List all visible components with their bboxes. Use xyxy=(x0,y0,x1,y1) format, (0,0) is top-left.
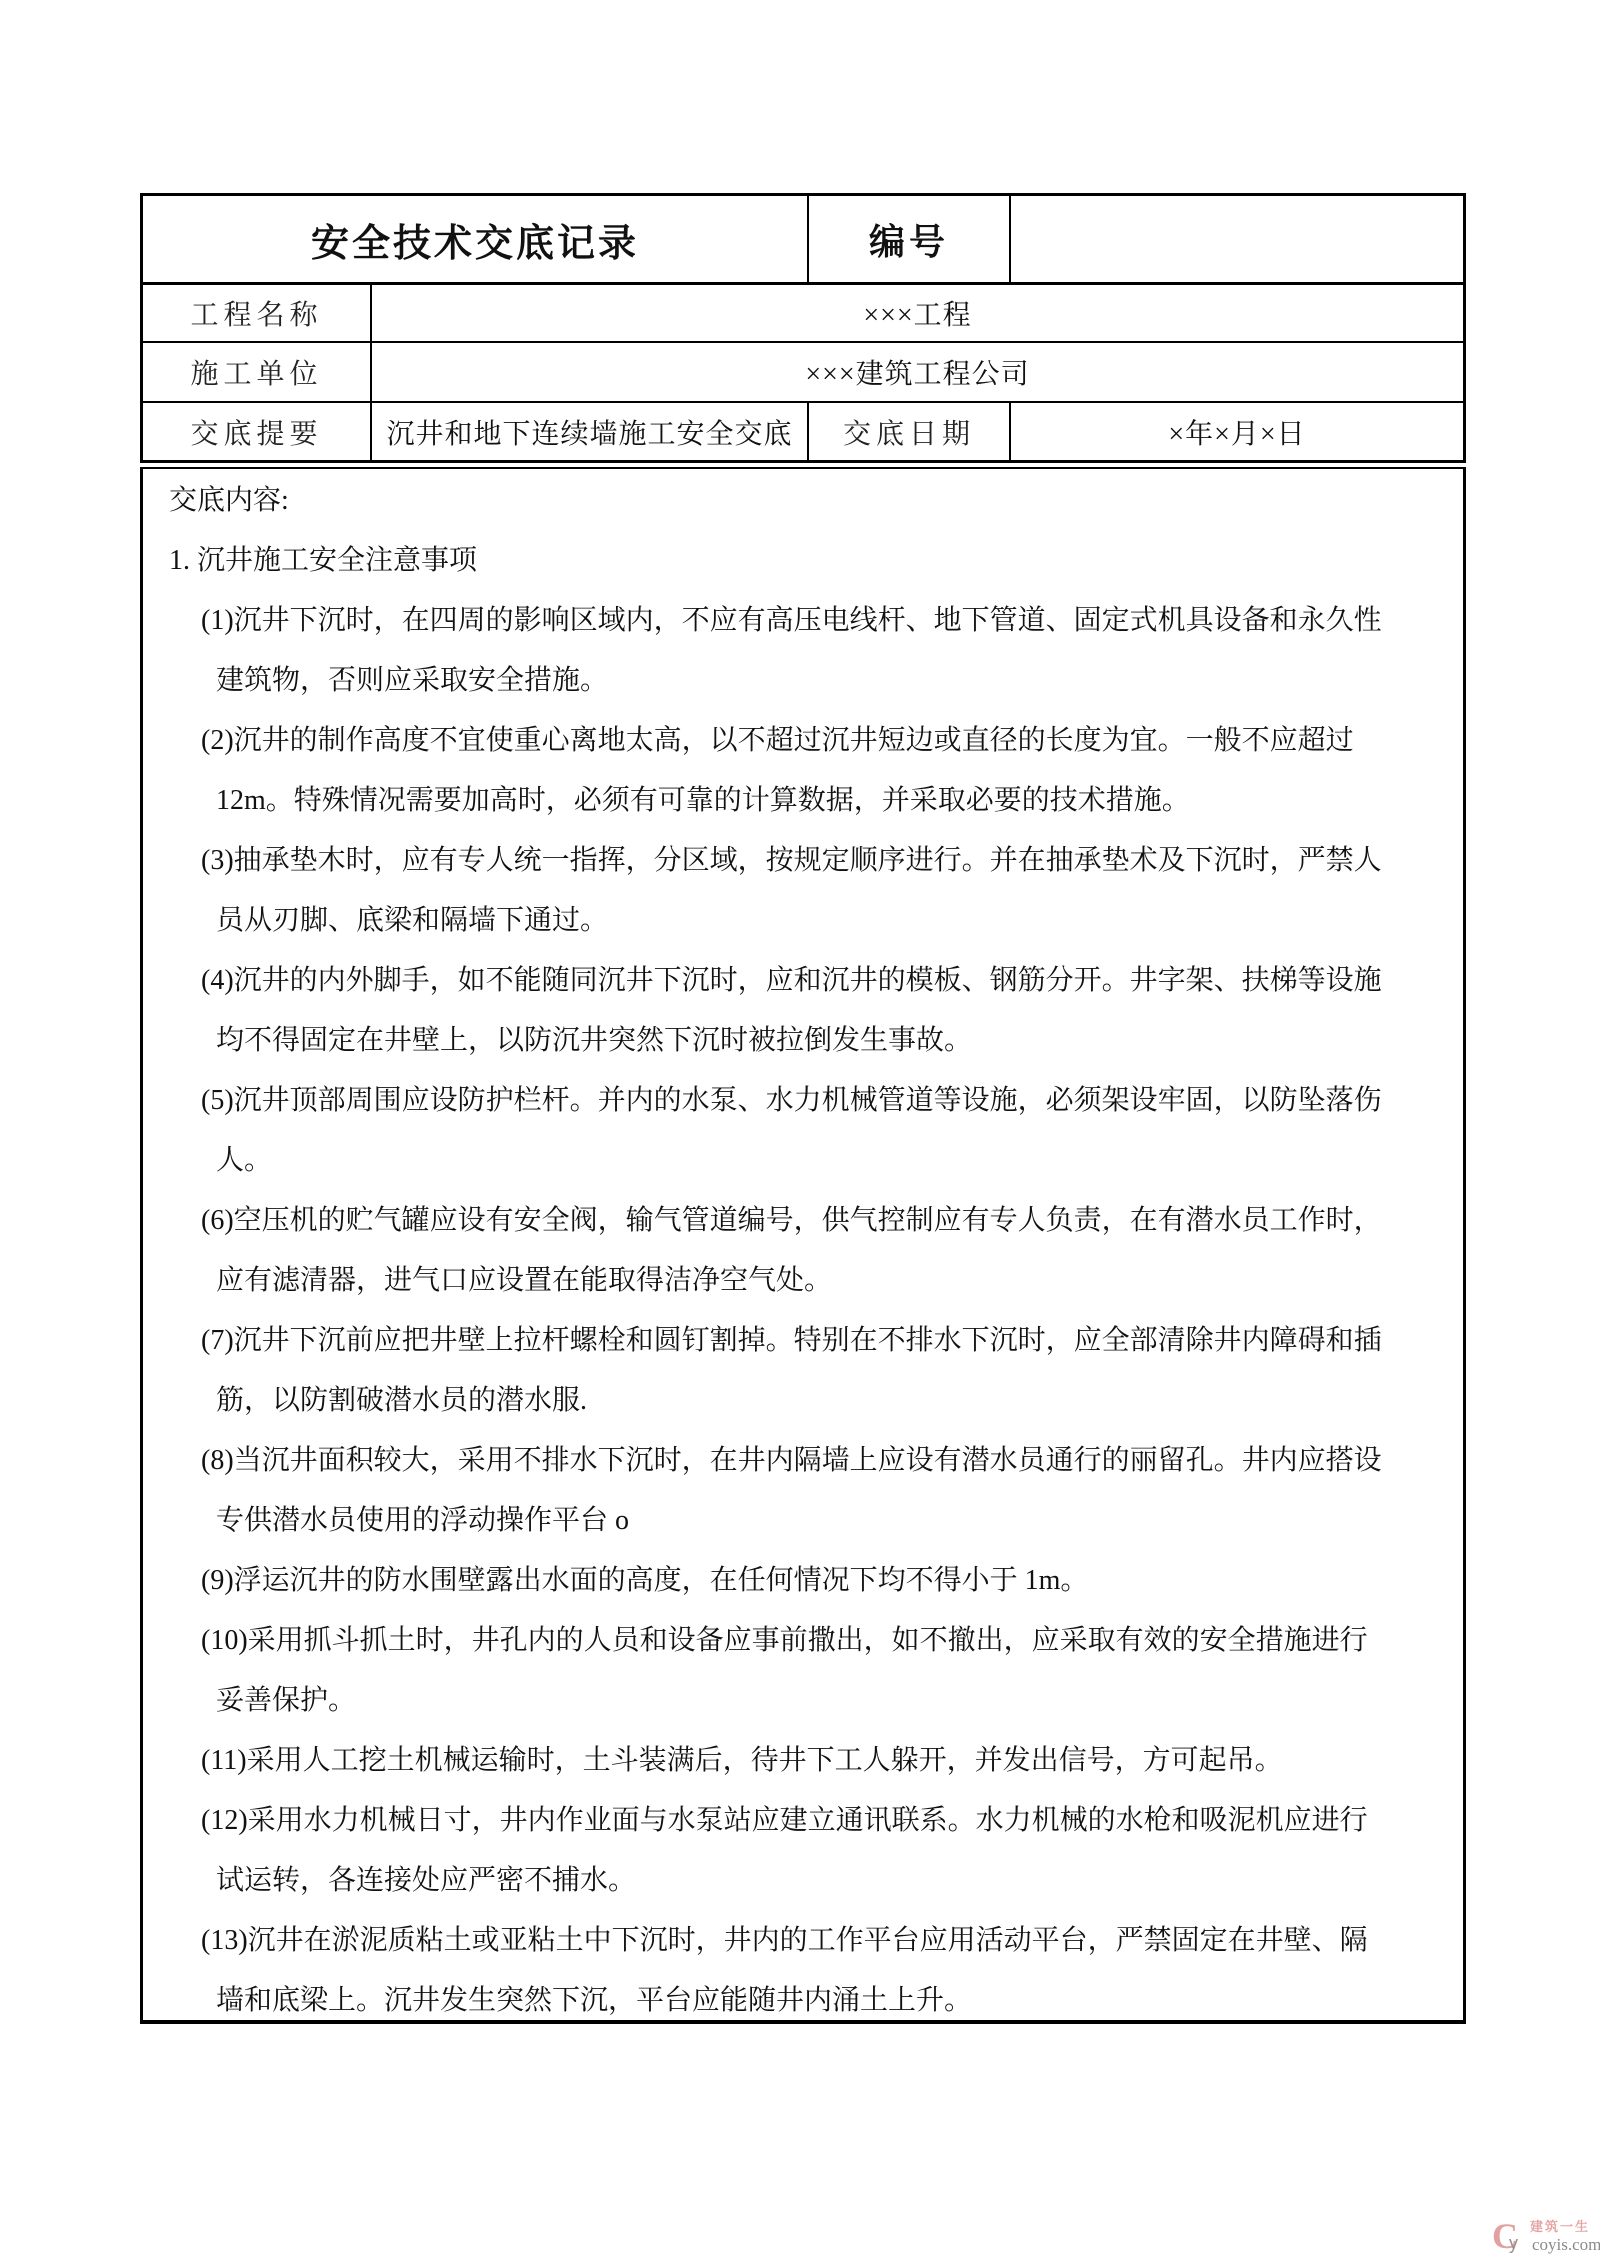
content-line: 专供潜水员使用的浮动操作平台 o xyxy=(143,1491,1463,1551)
summary-label: 交底提要 xyxy=(143,403,372,460)
number-value xyxy=(1011,196,1463,285)
content-line: (7)沉井下沉前应把井壁上拉杆螺栓和圆钉割掉。特别在不排水下沉时，应全部清除井内… xyxy=(143,1311,1463,1371)
document-title: 安全技术交底记录 xyxy=(143,196,809,285)
content-line: (13)沉井在淤泥质粘土或亚粘土中下沉时，井内的工作平台应用活动平台，严禁固定在… xyxy=(143,1911,1463,1971)
watermark: C y 建筑一生 coyis.com xyxy=(1492,2218,1596,2258)
content-line: 试运转，各连接处应严密不捕水。 xyxy=(143,1851,1463,1911)
date-label: 交底日期 xyxy=(809,403,1011,460)
content-line: (10)采用抓斗抓土时，井孔内的人员和设备应事前撒出，如不撤出，应采取有效的安全… xyxy=(143,1611,1463,1671)
content-box: 交底内容:1. 沉井施工安全注意事项(1)沉井下沉时，在四周的影响区域内，不应有… xyxy=(140,467,1466,2024)
summary-value: 沉井和地下连续墙施工安全交底 xyxy=(372,403,809,460)
content-line: (12)采用水力机械日寸，井内作业面与水泵站应建立通讯联系。水力机械的水枪和吸泥… xyxy=(143,1791,1463,1851)
watermark-brand-text: 建筑一生 xyxy=(1530,2220,1590,2233)
content-line: (9)浮运沉井的防水围壁露出水面的高度，在任何情况下均不得小于 1m。 xyxy=(143,1551,1463,1611)
content-line: 墙和底梁上。沉井发生突然下沉，平台应能随井内涌土上升。 xyxy=(143,1971,1463,2031)
date-value: ×年×月×日 xyxy=(1011,403,1463,460)
content-line: 应有滤清器，进气口应设置在能取得洁净空气处。 xyxy=(143,1251,1463,1311)
content-line: (8)当沉井面积较大，采用不排水下沉时，在井内隔墙上应设有潜水员通行的丽留孔。井… xyxy=(143,1431,1463,1491)
content-line: 12m。特殊情况需要加高时，必须有可靠的计算数据，并采取必要的技术措施。 xyxy=(143,771,1463,831)
document-page: 安全技术交底记录 编号 工程名称 ×××工程 施工单位 ×××建筑工程公司 交底… xyxy=(0,0,1600,2262)
construction-unit-value: ×××建筑工程公司 xyxy=(372,343,1463,403)
content-line: 员从刃脚、底梁和隔墙下通过。 xyxy=(143,891,1463,951)
project-name-value: ×××工程 xyxy=(372,285,1463,343)
content-line: (2)沉井的制作高度不宜使重心离地太高，以不超过沉井短边或直径的长度为宜。一般不… xyxy=(143,711,1463,771)
project-name-label: 工程名称 xyxy=(143,285,372,343)
header-table: 安全技术交底记录 编号 工程名称 ×××工程 施工单位 ×××建筑工程公司 交底… xyxy=(140,193,1466,463)
watermark-logo-sub-icon: y xyxy=(1509,2234,1518,2252)
content-line: (4)沉井的内外脚手，如不能随同沉井下沉时，应和沉井的模板、钢筋分开。井字架、扶… xyxy=(143,951,1463,1011)
content-line: 人。 xyxy=(143,1131,1463,1191)
content-line: (1)沉井下沉时，在四周的影响区域内，不应有高压电线杆、地下管道、固定式机具设备… xyxy=(143,591,1463,651)
content-line: (5)沉井顶部周围应设防护栏杆。并内的水泵、水力机械管道等设施，必须架设牢固，以… xyxy=(143,1071,1463,1131)
content-line: (3)抽承垫木时，应有专人统一指挥，分区域，按规定顺序进行。并在抽承垫术及下沉时… xyxy=(143,831,1463,891)
number-label: 编号 xyxy=(809,196,1011,285)
content-line: (6)空压机的贮气罐应设有安全阀，输气管道编号，供气控制应有专人负责，在有潜水员… xyxy=(143,1191,1463,1251)
content-line: 筋，以防割破潜水员的潜水服. xyxy=(143,1371,1463,1431)
content-line: 建筑物，否则应采取安全措施。 xyxy=(143,651,1463,711)
watermark-site-text: coyis.com xyxy=(1532,2236,1600,2253)
construction-unit-label: 施工单位 xyxy=(143,343,372,403)
content-line: 均不得固定在井壁上，以防沉井突然下沉时被拉倒发生事故。 xyxy=(143,1011,1463,1071)
content-line: 交底内容: xyxy=(143,471,1463,531)
content-line: 妥善保护。 xyxy=(143,1671,1463,1731)
content-line: (11)采用人工挖土机械运输时，土斗装满后，待井下工人躲开，并发出信号，方可起吊… xyxy=(143,1731,1463,1791)
content-line: 1. 沉井施工安全注意事项 xyxy=(143,531,1463,591)
